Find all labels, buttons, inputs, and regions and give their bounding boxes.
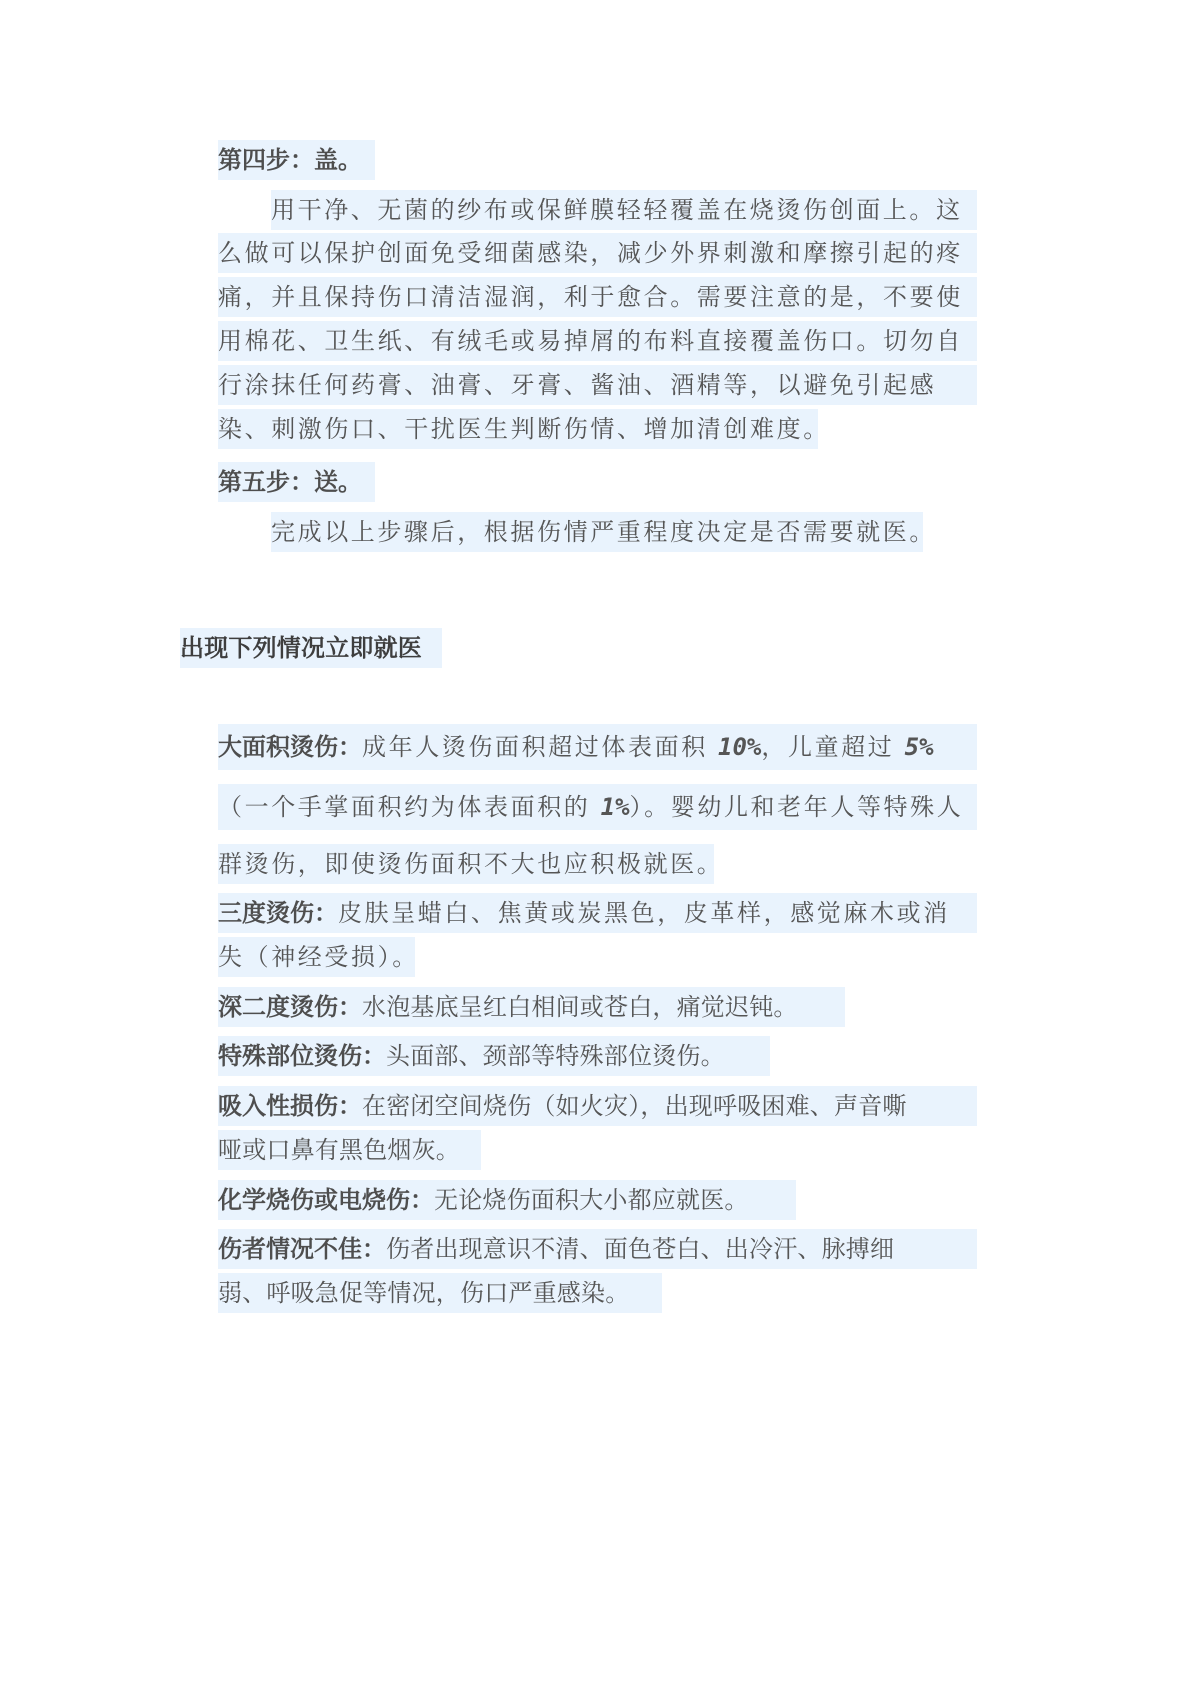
step4-line-5: 行涂抹任何药膏、油膏、牙膏、酱油、酒精等，以避免引起感 (218, 365, 977, 405)
item-inhalation-line-2: 哑或口鼻有黑色烟灰。 (218, 1130, 481, 1170)
item-text: 在密闭空间烧伤（如火灾），出现呼吸困难、声音嘶 (362, 1092, 907, 1120)
item-text: ）。婴幼儿和老年人等特殊人 (630, 793, 964, 821)
item-text: 头面部、颈部等特殊部位烫伤。 (386, 1042, 725, 1070)
item-text: 无论烧伤面积大小都应就医。 (434, 1186, 749, 1214)
item-label: 深二度烫伤： (218, 993, 362, 1021)
item-text: 成年人烫伤面积超过体表面积 (362, 733, 718, 761)
step4-line-1: 用干净、无菌的纱布或保鲜膜轻轻覆盖在烧烫伤创面上。这 (271, 190, 977, 230)
item-text: 伤者出现意识不清、面色苍白、出冷汗、脉搏细 (386, 1235, 894, 1263)
item-poor-condition-line-1: 伤者情况不佳：伤者出现意识不清、面色苍白、出冷汗、脉搏细 (218, 1229, 977, 1269)
step4-line-6: 染、刺激伤口、干扰医生判断伤情、增加清创难度。 (218, 409, 818, 449)
item-text: ，儿童超过 (761, 733, 904, 761)
step4-line-4: 用棉花、卫生纸、有绒毛或易掉屑的布料直接覆盖伤口。切勿自 (218, 321, 977, 361)
item-third-degree-line-2: 失（神经受损）。 (218, 937, 415, 977)
percent-value: 10% (718, 733, 761, 761)
step5-line-1: 完成以上步骤后，根据伤情严重程度决定是否需要就医。 (271, 512, 923, 552)
step5-title-text: 第五步：送。 (218, 468, 362, 496)
step5-title: 第五步：送。 (218, 462, 375, 502)
item-inhalation-line-1: 吸入性损伤：在密闭空间烧伤（如火灾），出现呼吸困难、声音嘶 (218, 1086, 977, 1126)
item-deep-second-degree: 深二度烫伤：水泡基底呈红白相间或苍白，痛觉迟钝。 (218, 987, 845, 1027)
item-label: 三度烫伤： (218, 899, 338, 927)
item-chemical-electric: 化学烧伤或电烧伤：无论烧伤面积大小都应就医。 (218, 1180, 796, 1220)
item-large-area-line-1: 大面积烫伤：成年人烫伤面积超过体表面积 10%，儿童超过 5% (218, 724, 977, 770)
item-large-area-line-2: （一个手掌面积约为体表面积的 1%）。婴幼儿和老年人等特殊人 (218, 784, 977, 830)
item-label: 特殊部位烫伤： (218, 1042, 386, 1070)
item-large-area-line-3: 群烫伤，即使烫伤面积不大也应积极就医。 (218, 844, 714, 884)
item-text: 皮肤呈蜡白、焦黄或炭黑色，皮革样，感觉麻木或消 (338, 899, 950, 927)
section-heading: 出现下列情况立即就医 (180, 628, 442, 668)
item-label: 大面积烫伤： (218, 733, 362, 761)
item-special-area: 特殊部位烫伤：头面部、颈部等特殊部位烫伤。 (218, 1036, 770, 1076)
step4-line-2: 么做可以保护创面免受细菌感染，减少外界刺激和摩擦引起的疼 (218, 233, 977, 273)
item-poor-condition-line-2: 弱、呼吸急促等情况，伤口严重感染。 (218, 1273, 662, 1313)
step4-line-3: 痛，并且保持伤口清洁湿润，利于愈合。需要注意的是，不要使 (218, 277, 977, 317)
percent-value: 5% (905, 733, 934, 761)
item-third-degree-line-1: 三度烫伤：皮肤呈蜡白、焦黄或炭黑色，皮革样，感觉麻木或消 (218, 893, 977, 933)
item-text: 水泡基底呈红白相间或苍白，痛觉迟钝。 (362, 993, 798, 1021)
item-label: 伤者情况不佳： (218, 1235, 386, 1263)
percent-value: 1% (601, 793, 630, 821)
item-text: （一个手掌面积约为体表面积的 (218, 793, 601, 821)
item-label: 吸入性损伤： (218, 1092, 362, 1120)
step4-title-text: 第四步：盖。 (218, 146, 362, 174)
step4-title: 第四步：盖。 (218, 140, 375, 180)
item-label: 化学烧伤或电烧伤： (218, 1186, 434, 1214)
